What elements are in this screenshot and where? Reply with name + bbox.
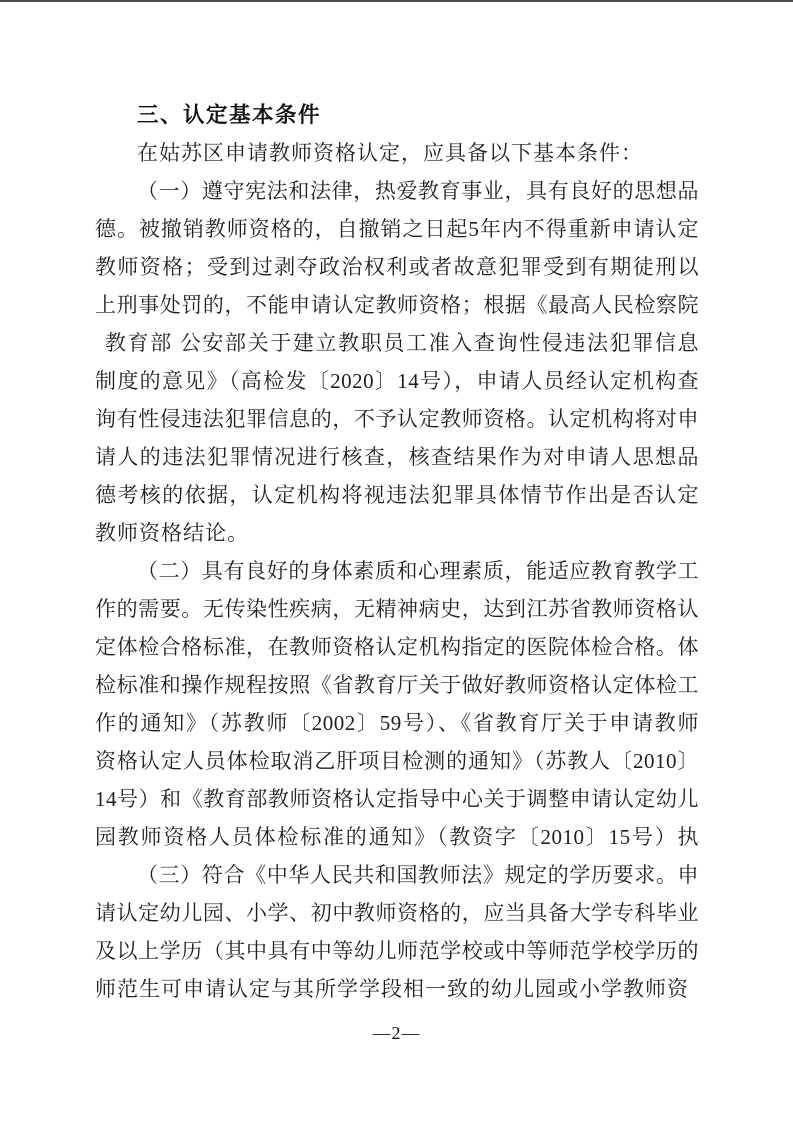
para1-line: 教师资格结论。 xyxy=(95,514,699,552)
para1-line: 制度的意见》（高检发〔2020〕14号），申请人员经认定机构查 xyxy=(95,362,699,400)
para3-line: 及以上学历（其中具有中等幼儿师范学校或中等师范学校学历的 xyxy=(95,932,699,970)
para1-line: 德考核的依据，认定机构将视违法犯罪具体情节作出是否认定 xyxy=(95,476,699,514)
para3-line: （三）符合《中华人民共和国教师法》规定的学历要求。申 xyxy=(95,856,699,894)
document-content: 三、认定基本条件 在姑苏区申请教师资格认定，应具备以下基本条件： （一）遵守宪法… xyxy=(95,96,699,1008)
para2-line: 定体检合格标准，在教师资格认定机构指定的医院体检合格。体 xyxy=(95,628,699,666)
section-heading: 三、认定基本条件 xyxy=(95,96,699,134)
para1-line: 询有性侵违法犯罪信息的，不予认定教师资格。认定机构将对申 xyxy=(95,400,699,438)
para3-line: 请认定幼儿园、小学、初中教师资格的，应当具备大学专科毕业 xyxy=(95,894,699,932)
para1-line: 教育部 公安部关于建立教职员工准入查询性侵违法犯罪信息 xyxy=(95,324,699,362)
para2-line: 14号）和《教育部教师资格认定指导中心关于调整申请认定幼儿 xyxy=(95,780,699,818)
intro-line: 在姑苏区申请教师资格认定，应具备以下基本条件： xyxy=(95,134,699,172)
para2-line: 检标准和操作规程按照《省教育厅关于做好教师资格认定体检工 xyxy=(95,666,699,704)
para3-line: 师范生可申请认定与其所学学段相一致的幼儿园或小学教师资 xyxy=(95,970,699,1008)
para2-line: 作的需要。无传染性疾病，无精神病史，达到江苏省教师资格认 xyxy=(95,590,699,628)
top-edge-rule xyxy=(0,0,793,2)
para1-line: （一）遵守宪法和法律，热爱教育事业，具有良好的思想品 xyxy=(95,172,699,210)
para1-line: 上刑事处罚的，不能申请认定教师资格；根据《最高人民检察院 xyxy=(95,286,699,324)
para1-line: 德。被撤销教师资格的，自撤销之日起5年内不得重新申请认定 xyxy=(95,210,699,248)
document-page: 三、认定基本条件 在姑苏区申请教师资格认定，应具备以下基本条件： （一）遵守宪法… xyxy=(0,0,793,1122)
para1-line: 教师资格；受到过剥夺政治权利或者故意犯罪受到有期徒刑以 xyxy=(95,248,699,286)
page-number: —2— xyxy=(0,1022,793,1044)
para2-line: 园教师资格人员体检标准的通知》（教资字〔2010〕15号）执行。 xyxy=(95,818,699,856)
para2-line: 资格认定人员体检取消乙肝项目检测的通知》（苏教人〔2010〕 xyxy=(95,742,699,780)
para1-line: 请人的违法犯罪情况进行核查，核查结果作为对申请人思想品 xyxy=(95,438,699,476)
para2-line: 作的通知》（苏教师〔2002〕59号）、《省教育厅关于申请教师 xyxy=(95,704,699,742)
para2-line: （二）具有良好的身体素质和心理素质，能适应教育教学工 xyxy=(95,552,699,590)
